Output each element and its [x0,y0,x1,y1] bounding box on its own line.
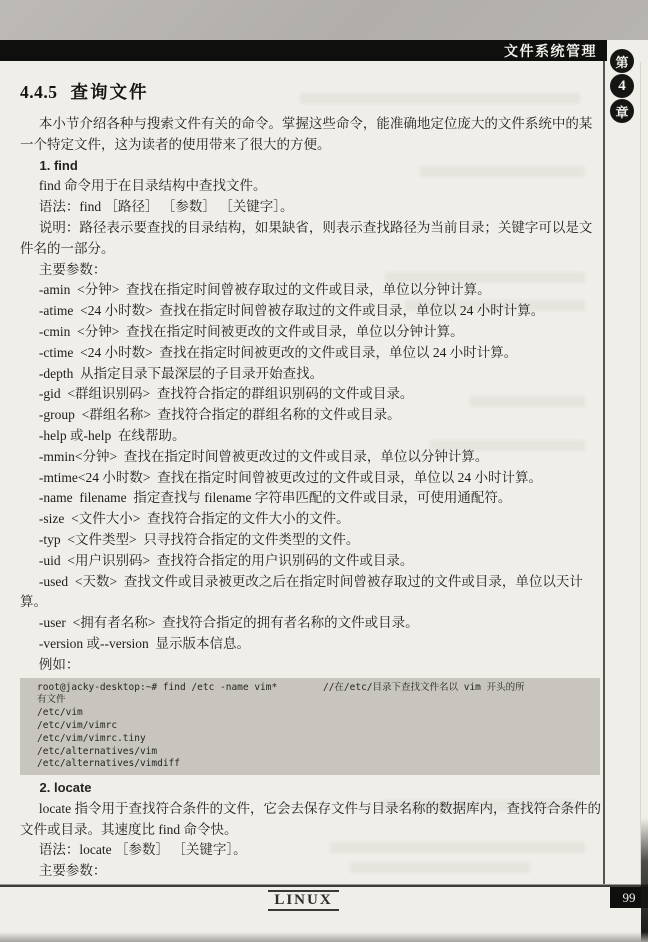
intro-paragraph: 本小节介绍各种与搜索文件有关的命令。掌握这些命令，能准确地定位庞大的文件系统中的… [20,114,602,156]
terminal-line: root@jacky-desktop:~# find /etc -name vi… [37,682,596,695]
footer-logo-wrap: LINUX [0,890,607,911]
find-param-line: -uid <用户识别码> 查找符合指定的用户识别码的文件或目录。 [20,551,602,572]
find-param-line: -version 或--version 显示版本信息。 [20,634,602,655]
terminal-line: 有文件 [37,694,596,707]
terminal-lines: root@jacky-desktop:~# find /etc -name vi… [37,682,596,772]
find-param-line: -used <天数> 查找文件或目录被更改之后在指定时间曾被存取过的文件或目录，… [20,572,602,614]
find-param-line: -gid <群组识别码> 查找符合指定的群组识别码的文件或目录。 [20,384,602,405]
find-param-line: -group <群组名称> 查找符合指定的群组名称的文件或目录。 [20,405,602,426]
find-param-line: -depth 从指定目录下最深层的子目录开始查找。 [20,364,602,385]
find-param-line: -typ <文件类型> 只寻找符合指定的文件类型的文件。 [20,530,602,551]
chapter-tab: 第 4 章 [610,49,636,124]
terminal-line: /etc/alternatives/vimdiff [37,758,596,771]
find-param-line: -ctime <24 小时数> 查找在指定时间被更改的文件或目录，单位以 24 … [20,343,602,364]
find-param-line: -user <拥有者名称> 查找符合指定的拥有者名称的文件或目录。 [20,613,602,634]
locate-description: locate 指令用于查找符合条件的文件，它会去保存文件与目录名称的数据库内，查… [20,799,602,841]
terminal-line: /etc/alternatives/vim [37,746,596,759]
find-param-line: -size <文件大小> 查找符合指定的文件大小的文件。 [20,509,602,530]
chapter-tab-char-top: 第 [610,49,634,73]
terminal-line: /etc/vim/vimrc.tiny [37,733,596,746]
page-edge-line [640,62,641,884]
scan-edge-right [641,818,648,942]
bleedthrough-smudge [300,93,580,104]
section-number: 4.4.5 [20,82,58,102]
scanned-book-page: 文件系统管理 第 4 章 4.4.5查询文件 本小节介绍各种与搜索文件有关的命令… [0,0,648,942]
chapter-number-badge: 4 [610,74,634,98]
footer-rule [0,884,648,887]
find-param-line: -atime <24 小时数> 查找在指定时间曾被存取过的文件或目录，单位以 2… [20,301,602,322]
find-param-line: -amin <分钟> 查找在指定时间曾被存取过的文件或目录，单位以分钟计算。 [20,280,602,301]
section-title: 查询文件 [71,82,149,102]
find-param-line: -cmin <分钟> 查找在指定时间被更改的文件或目录，单位以分钟计算。 [20,322,602,343]
scan-edge-bottom [0,932,648,942]
find-params-label: 主要参数： [20,260,602,281]
chapter-header-bar: 文件系统管理 [0,40,607,61]
find-param-line: -mmin<分钟> 查找在指定时间曾被更改过的文件或目录，单位以分钟计算。 [20,447,602,468]
find-param-line: -mtime<24 小时数> 查找在指定时间曾被更改过的文件或目录，单位以 24… [20,468,602,489]
locate-subheading: 2. locate [20,778,602,799]
linux-wordmark-logo: LINUX [268,890,338,911]
find-param-line: -help 或-help 在线帮助。 [20,426,602,447]
terminal-example-block: root@jacky-desktop:~# find /etc -name vi… [20,678,600,776]
locate-syntax-line: 语法：locate ［参数］ ［关键字］。 [20,840,602,861]
find-syntax-line: 语法：find ［路径］ ［参数］ ［关键字］。 [20,197,602,218]
page-content: 本小节介绍各种与搜索文件有关的命令。掌握这些命令，能准确地定位庞大的文件系统中的… [20,114,602,882]
find-subheading: 1. find [20,156,602,177]
find-description: find 命令用于在目录结构中查找文件。 [20,176,602,197]
example-label: 例如： [20,655,602,676]
terminal-line: /etc/vim [37,707,596,720]
section-heading: 4.4.5查询文件 [20,79,149,104]
find-param-line: -name filename 指定查找与 filename 字符串匹配的文件或目… [20,488,602,509]
find-params-list: -amin <分钟> 查找在指定时间曾被存取过的文件或目录，单位以分钟计算。-a… [20,280,602,654]
right-margin-rule [603,61,605,884]
running-head-title: 文件系统管理 [504,41,607,61]
scan-edge-top [0,0,648,40]
locate-params-label: 主要参数： [20,861,602,882]
terminal-line: /etc/vim/vimrc [37,720,596,733]
chapter-tab-char-bottom: 章 [610,99,634,123]
find-note: 说明：路径表示要查找的目录结构，如果缺省，则表示查找路径为当前目录；关键字可以是… [20,218,602,260]
